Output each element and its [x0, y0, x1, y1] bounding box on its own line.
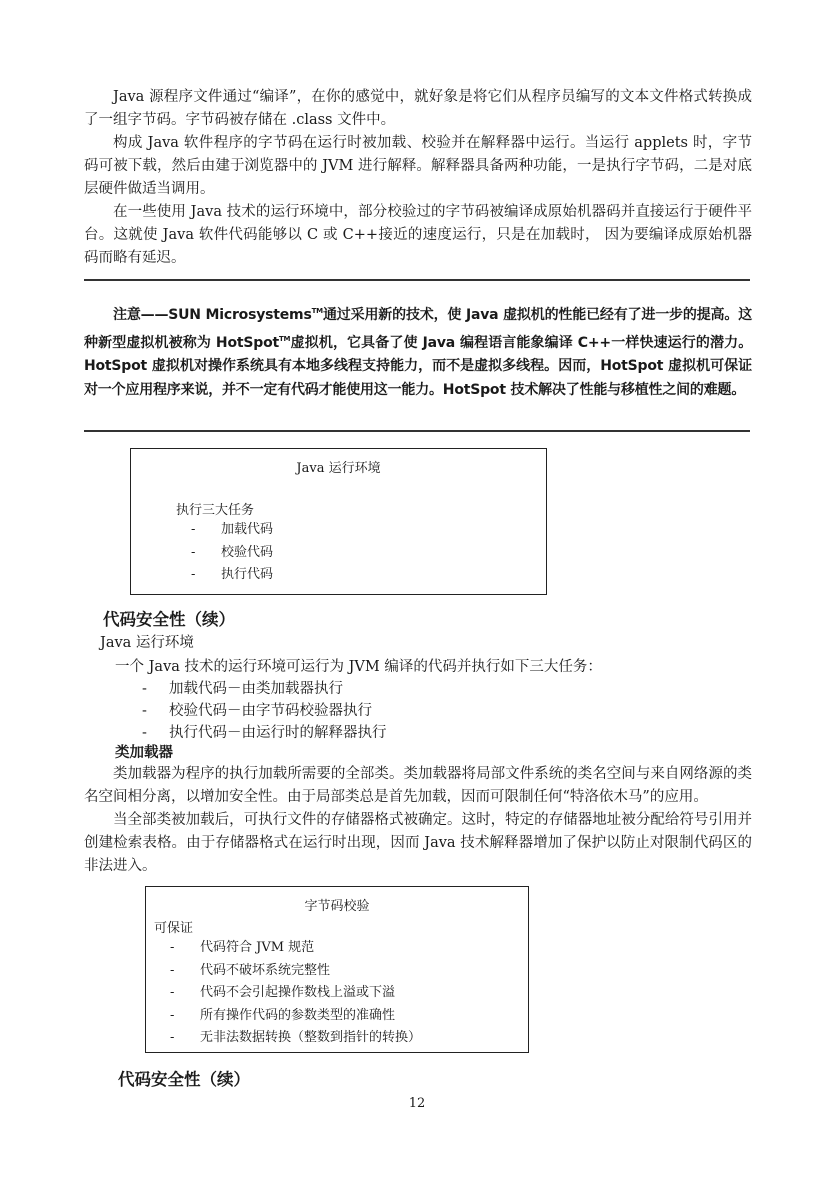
section-heading: 代码安全性（续）: [118, 1066, 250, 1090]
list-item: -执行代码－由运行时的解释器执行: [142, 721, 387, 742]
list-item: -代码不破坏系统完整性: [170, 960, 421, 983]
list-item: -加载代码－由类加载器执行: [142, 677, 343, 698]
bytecode-verification-box: 字节码校验 可保证 -代码符合 JVM 规范 -代码不破坏系统完整性 -代码不会…: [145, 886, 529, 1053]
box-title: 字节码校验: [146, 895, 528, 914]
section-heading: 代码安全性（续）: [103, 606, 235, 630]
divider-bottom: [84, 430, 750, 432]
list-item: -执行代码: [191, 564, 273, 587]
classloader-heading: 类加载器: [115, 741, 173, 762]
section-intro: 一个 Java 技术的运行环境可运行为 JVM 编译的代码并执行如下三大任务：: [115, 655, 602, 676]
box-list: -代码符合 JVM 规范 -代码不破坏系统完整性 -代码不会引起操作数栈上溢或下…: [170, 937, 421, 1050]
intro-paragraph-3: 在一些使用 Java 技术的运行环境中，部分校验过的字节码被编译成原始机器码并直…: [84, 201, 752, 270]
trademark-symbol: TM: [312, 307, 323, 315]
page-number: 12: [0, 1096, 834, 1111]
list-item: -校验代码－由字节码校验器执行: [142, 699, 372, 720]
trademark-symbol: TM: [279, 335, 290, 343]
list-item: -加载代码: [191, 519, 273, 542]
list-item: -校验代码: [191, 542, 273, 565]
classloader-paragraph-2: 当全部类被加载后，可执行文件的存储器格式被确定。这时，特定的存储器地址被分配给符…: [84, 809, 752, 878]
intro-paragraph-1: Java 源程序文件通过“编译”，在你的感觉中，就好象是将它们从程序员编写的文本…: [84, 86, 752, 132]
runtime-environment-box: Java 运行环境 执行三大任务 -加载代码 -校验代码 -执行代码: [130, 448, 547, 595]
classloader-paragraph-1: 类加载器为程序的执行加载所需要的全部类。类加载器将局部文件系统的类名空间与来自网…: [84, 763, 752, 809]
list-item: -代码不会引起操作数栈上溢或下溢: [170, 982, 421, 1005]
note-text-1: 注意——SUN Microsystems: [113, 307, 312, 323]
box-lead: 可保证: [154, 917, 193, 936]
intro-paragraph-2: 构成 Java 软件程序的字节码在运行时被加载、校验并在解释器中运行。当运行 a…: [84, 132, 752, 201]
box-list: -加载代码 -校验代码 -执行代码: [191, 519, 273, 587]
list-item: -所有操作代码的参数类型的准确性: [170, 1005, 421, 1028]
section-subtitle: Java 运行环境: [100, 631, 194, 652]
list-item: -无非法数据转换（整数到指针的转换）: [170, 1027, 421, 1050]
list-item: -代码符合 JVM 规范: [170, 937, 421, 960]
box-lead: 执行三大任务: [176, 499, 254, 518]
note-paragraph: 注意——SUN MicrosystemsTM通过采用新的技术，使 Java 虚拟…: [84, 300, 752, 402]
box-title: Java 运行环境: [131, 457, 546, 476]
divider-top: [84, 279, 750, 281]
